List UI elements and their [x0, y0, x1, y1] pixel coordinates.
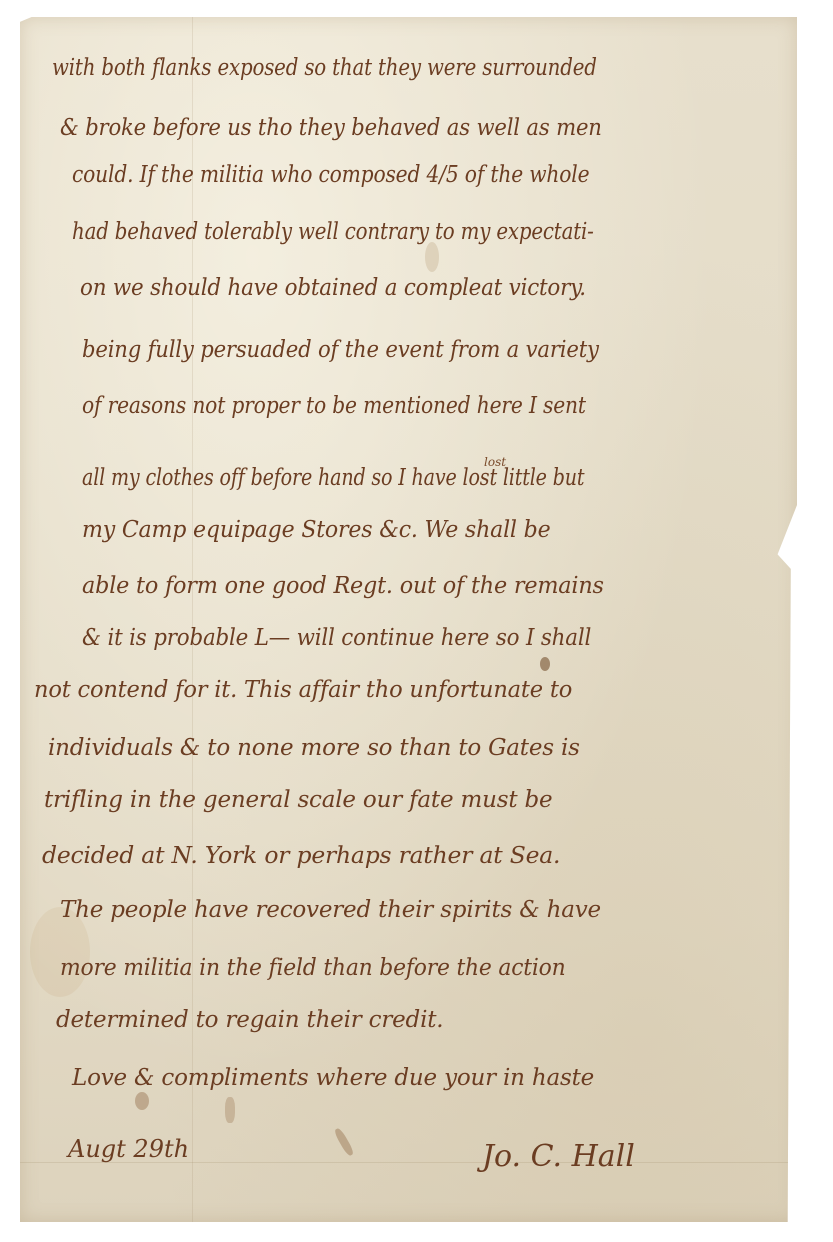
- letter-line-5: on we should have obtained a compleat vi…: [80, 275, 586, 301]
- letter-line-1: with both flanks exposed so that they we…: [52, 55, 597, 81]
- letter-signature: Jo. C. Hall: [482, 1139, 635, 1174]
- letter-line-19: Love & compliments where due your in has…: [72, 1065, 594, 1091]
- paper-fold-vertical: [192, 17, 193, 1222]
- ink-stain: [333, 1127, 355, 1157]
- letter-date: Augt 29th: [68, 1135, 189, 1163]
- ink-stain: [425, 242, 439, 272]
- ink-stain: [225, 1097, 235, 1123]
- letter-line-2: & broke before us tho they behaved as we…: [60, 115, 602, 141]
- letter-line-10: able to form one good Regt. out of the r…: [82, 573, 604, 599]
- letter-line-15: decided at N. York or perhaps rather at …: [42, 843, 560, 869]
- ink-blot: [540, 657, 550, 671]
- letter-line-12: not contend for it. This affair tho unfo…: [34, 677, 572, 703]
- letter-line-4: had behaved tolerably well contrary to m…: [72, 219, 594, 245]
- letter-line-3: could. If the militia who composed 4/5 o…: [72, 162, 589, 188]
- ink-stain: [135, 1092, 149, 1110]
- letter-line-8: all my clothes off before hand so I have…: [82, 465, 584, 491]
- letter-page: with both flanks exposed so that they we…: [20, 17, 797, 1222]
- letter-line-18: determined to regain their credit.: [56, 1007, 443, 1033]
- letter-line-7: of reasons not proper to be mentioned he…: [82, 393, 586, 419]
- letter-line-16: The people have recovered their spirits …: [60, 897, 601, 923]
- letter-line-14: trifling in the general scale our fate m…: [44, 787, 552, 813]
- letter-line-17: more militia in the field than before th…: [60, 955, 566, 981]
- letter-line-13: individuals & to none more so than to Ga…: [48, 735, 580, 761]
- letter-line-9: my Camp equipage Stores &c. We shall be: [82, 517, 550, 543]
- letter-line-11: & it is probable L— will continue here s…: [82, 625, 591, 651]
- letter-line-6: being fully persuaded of the event from …: [82, 337, 599, 363]
